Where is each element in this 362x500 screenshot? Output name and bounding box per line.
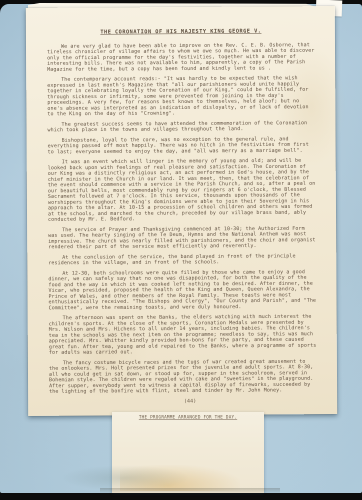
document-paragraph: The afternoon was spent on the Banks, th… — [49, 314, 317, 356]
document-paragraph: It was an event which will linger in the… — [48, 158, 316, 223]
next-page-caption: THE PROGRAMME ARRANGED FOR THE DAY. — [118, 415, 258, 420]
document-title: THE CORONATION OF HIS MAJESTY KING GEORG… — [47, 28, 315, 35]
page-number: (44) — [49, 397, 317, 404]
document-paragraph: We are very glad to have been able to im… — [47, 42, 315, 72]
page-edge-shadow — [100, 488, 280, 494]
document-paragraph: The contemporary account reads:- "It was… — [47, 75, 315, 117]
document-sheet: THE CORONATION OF HIS MAJESTY KING GEORG… — [26, 6, 337, 416]
document-paragraph: At the conclusion of the service, the ba… — [48, 253, 316, 266]
document-paragraph: At 12-30, both schoolrooms were quite fi… — [48, 269, 316, 311]
document-paragraph: The greatest success seems to have atten… — [47, 120, 315, 133]
document-paragraph: Bishopstone, loyal to the core, was no e… — [48, 136, 316, 155]
typed-text-block: THE CORONATION OF HIS MAJESTY KING GEORG… — [47, 28, 317, 409]
document-paragraph: The fancy costume bicycle races and the … — [49, 358, 317, 394]
document-paragraph: The service of Prayer and Thanksgiving c… — [48, 225, 316, 250]
